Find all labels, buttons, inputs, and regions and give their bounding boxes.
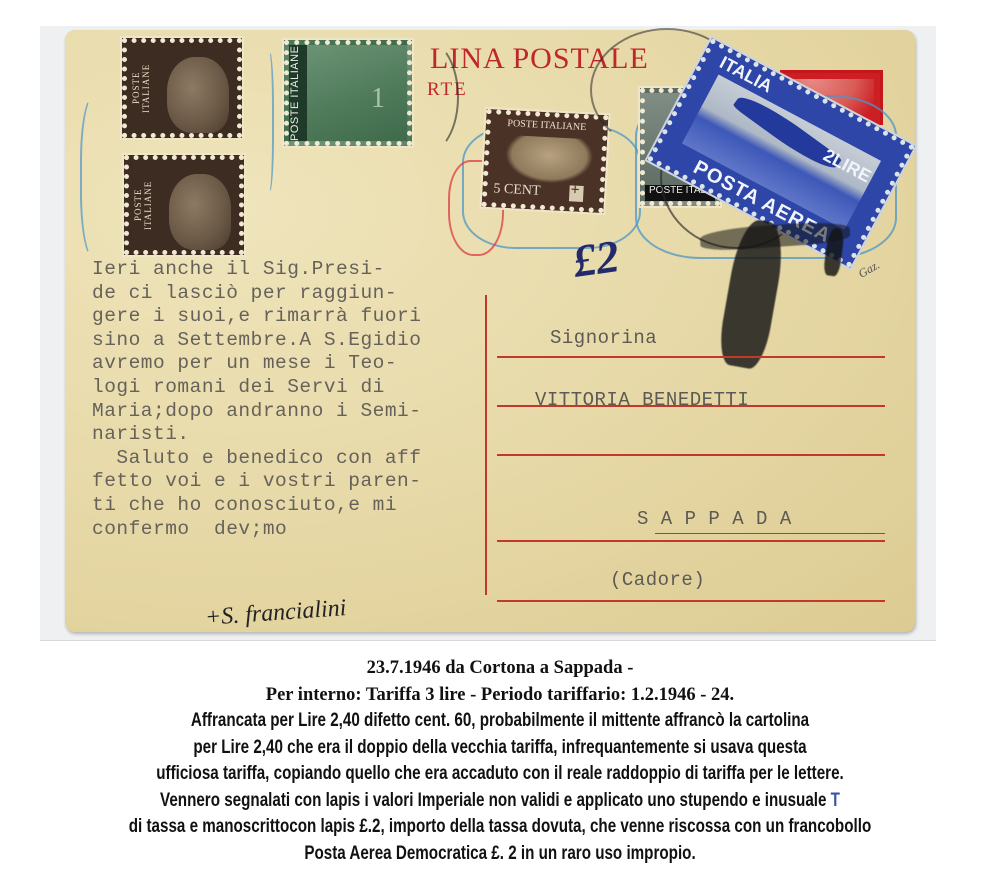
she-wolf-icon [504,135,594,186]
caption-line-1: 23.7.1946 da Cortona a Sappada - [0,655,1000,682]
address-province: (Cadore) [610,569,705,591]
address-line-1 [497,356,885,358]
caption-highlight-t: T [831,790,840,811]
caption-line-4: per Lire 2,40 che era il doppio della ve… [100,735,900,762]
savoy-cross-icon [569,185,584,202]
address-name: VITTORIA BENEDETTI [535,389,749,411]
address-line-3 [497,454,885,456]
stamp-imperiale-10c-bottom: POSTE ITALIANE 10 [124,155,244,255]
caption-line-8: Posta Aerea Democratica £. 2 in un raro … [100,841,900,868]
crayon-mark-middle [262,50,274,194]
caption-line-2: Per interno: Tariffa 3 lire - Periodo ta… [0,682,1000,709]
caption-line-5: ufficiosa tariffa, copiando quello che e… [100,761,900,788]
stamp-lupa-5-cent: POSTE ITALIANE 5 CENT [482,109,609,213]
postmark-left [395,40,459,154]
address-underline-city [655,533,885,534]
address-line-4 [497,540,885,542]
typed-message: Ieri anche il Sig.Presi-de ci lasciò per… [92,258,421,541]
description-caption: 23.7.1946 da Cortona a Sappada - Per int… [0,655,1000,867]
address-divider [485,295,487,595]
portrait-icon [169,174,231,250]
caption-line-3: Affrancata per Lire 2,40 difetto cent. 6… [100,708,900,735]
caption-line-7: di tassa e manoscrittocon lapis £.2, imp… [100,814,900,841]
stamp-imperiale-10c-top: POSTE ITALIANE 10 [122,38,242,138]
address-line-5 [497,600,885,602]
address-city: S A P P A D A [637,508,792,530]
crayon-mark-left [80,95,114,259]
caption-line-6: Vennero segnalati con lapis i valori Imp… [100,788,900,815]
portrait-icon [167,57,229,133]
manuscript-tax-amount: £2 [570,229,623,288]
address-salutation: Signorina [550,327,657,349]
stamp-democratica-1-lira: POSTE ITALIANE 1 [284,40,412,146]
